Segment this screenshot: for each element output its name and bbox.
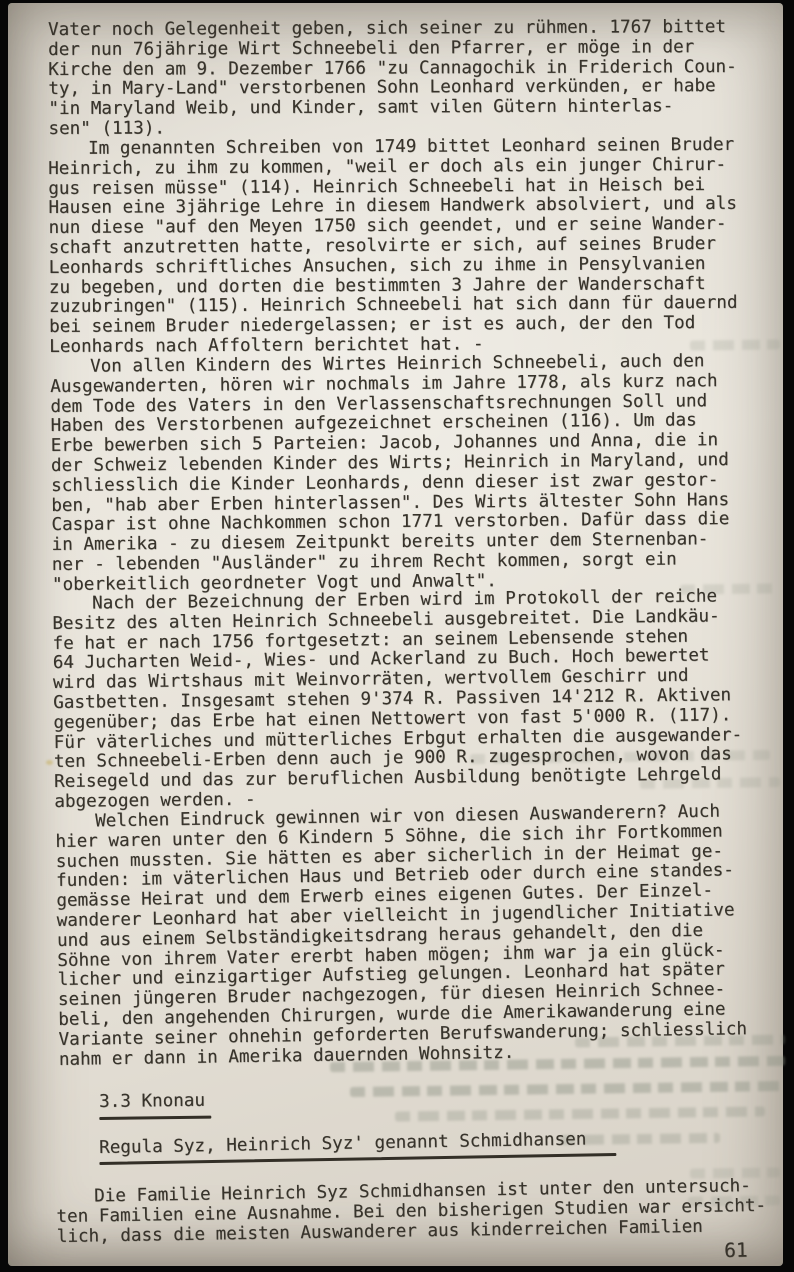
photo-of-document-page: { "colors":{ "photo_border":"#070707", "… <box>0 0 794 1272</box>
closing-paragraph: Die Familie Heinrich Syz Schmidhansen is… <box>56 1177 781 1248</box>
section-heading: 3.3 Knonau <box>99 1092 211 1113</box>
paragraph: Von allen Kindern des Wirtes Heinrich Sc… <box>50 351 776 595</box>
bleedthrough-line <box>350 1081 785 1097</box>
text-line: "in Maryland Weib, und Kinder, samt vile… <box>48 97 774 120</box>
bleedthrough-line <box>395 1106 765 1121</box>
paragraph: Welchen Eindruck gewinnen wir von diesen… <box>55 802 778 1071</box>
page-body-text: Vater noch Gelegenheit geben, sich seine… <box>48 21 774 1070</box>
paper-page: Vater noch Gelegenheit geben, sich seine… <box>8 3 783 1266</box>
page-number: 61 <box>724 1241 748 1261</box>
sub-heading-block: Regula Syz, Heinrich Syz' genannt Schmid… <box>99 1130 616 1165</box>
section-heading-underline <box>99 1115 211 1119</box>
section-heading-block: 3.3 Knonau <box>99 1092 211 1120</box>
paragraph: Vater noch Gelegenheit geben, sich seine… <box>48 18 775 140</box>
paragraph: Nach der Bezeichnung der Erben wird im P… <box>52 587 776 813</box>
paragraph: Im genannten Schreiben von 1749 bittet L… <box>48 135 775 357</box>
